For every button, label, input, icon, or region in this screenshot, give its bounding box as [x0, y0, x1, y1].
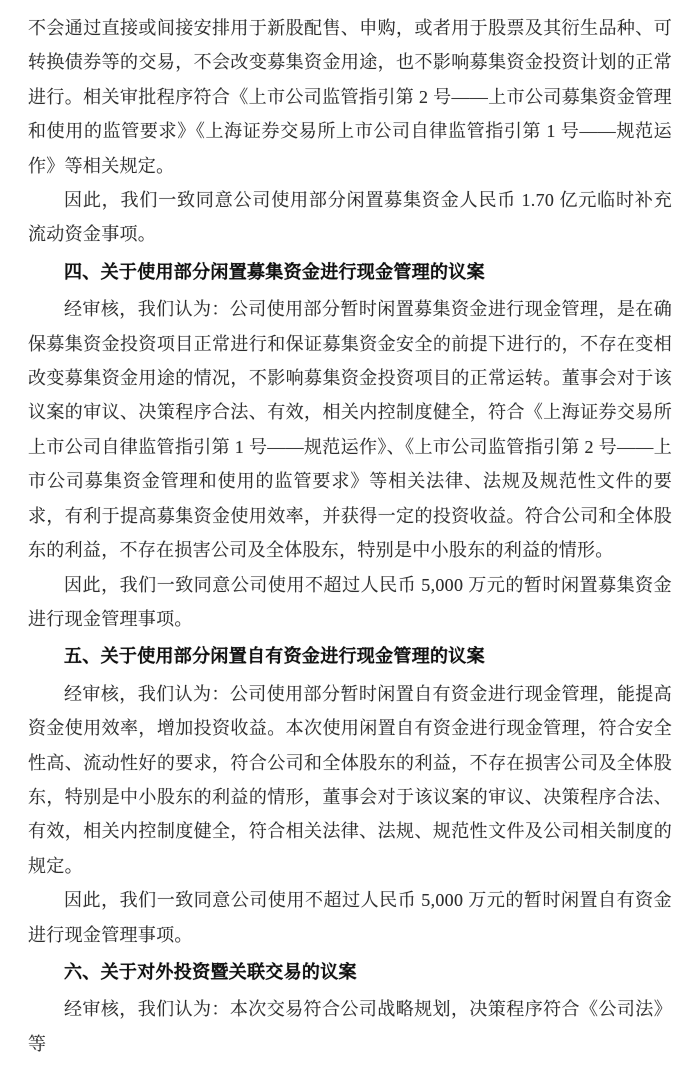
- document-page: 不会通过直接或间接安排用于新股配售、申购，或者用于股票及其衍生品种、可转换债券等…: [0, 0, 700, 1081]
- body-paragraph: 经审核，我们认为：本次交易符合公司战略规划，决策程序符合《公司法》等: [28, 992, 672, 1061]
- section-heading: 六、关于对外投资暨关联交易的议案: [28, 955, 672, 989]
- section-heading: 五、关于使用部分闲置自有资金进行现金管理的议案: [28, 639, 672, 673]
- body-paragraph: 因此，我们一致同意公司使用部分闲置募集资金人民币 1.70 亿元临时补充流动资金…: [28, 183, 672, 252]
- body-paragraph: 经审核，我们认为：公司使用部分暂时闲置自有资金进行现金管理，能提高资金使用效率，…: [28, 677, 672, 883]
- body-paragraph: 经审核，我们认为：公司使用部分暂时闲置募集资金进行现金管理，是在确保募集资金投资…: [28, 292, 672, 567]
- document-body: 不会通过直接或间接安排用于新股配售、申购，或者用于股票及其衍生品种、可转换债券等…: [28, 11, 672, 1061]
- section-heading: 四、关于使用部分闲置募集资金进行现金管理的议案: [28, 255, 672, 289]
- body-paragraph: 不会通过直接或间接安排用于新股配售、申购，或者用于股票及其衍生品种、可转换债券等…: [28, 11, 672, 183]
- body-paragraph: 因此，我们一致同意公司使用不超过人民币 5,000 万元的暂时闲置募集资金进行现…: [28, 568, 672, 637]
- body-paragraph: 因此，我们一致同意公司使用不超过人民币 5,000 万元的暂时闲置自有资金进行现…: [28, 883, 672, 952]
